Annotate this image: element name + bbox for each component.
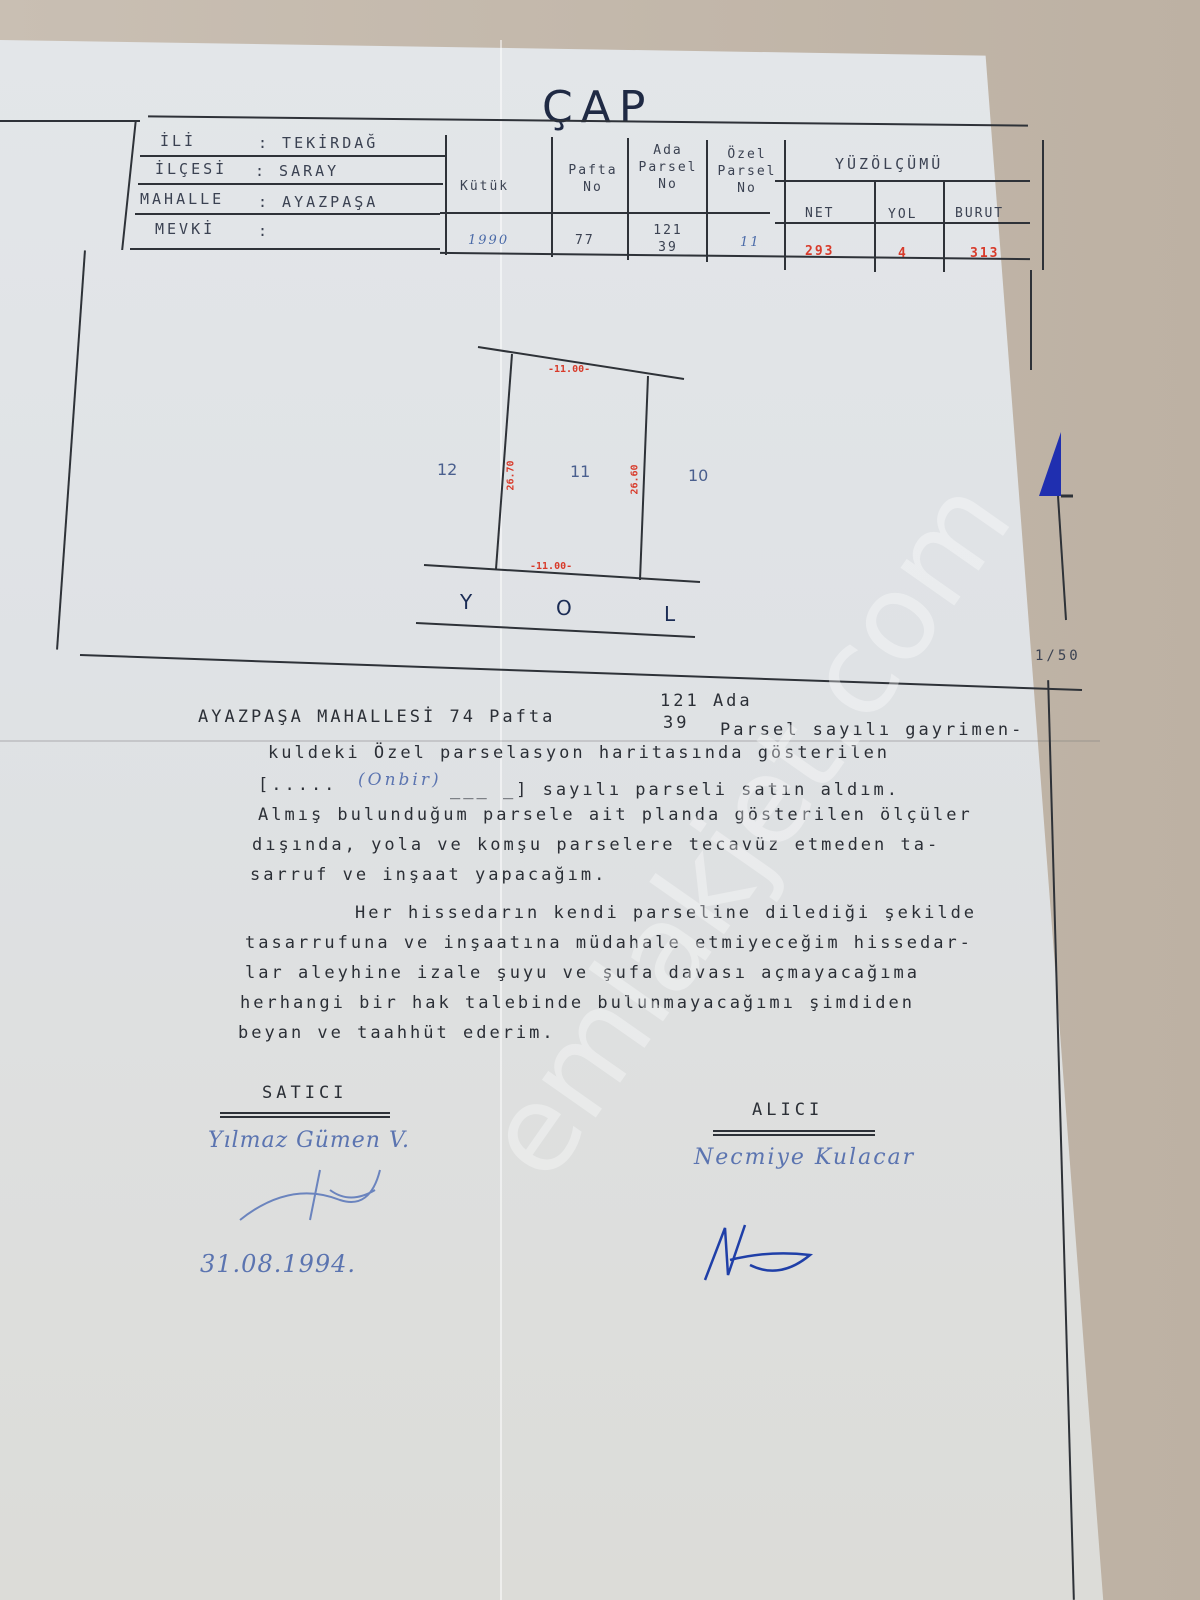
fold-line-horizontal [0, 740, 1100, 742]
buyer-signature-line [713, 1130, 875, 1136]
dimension-right: 26.60 [630, 464, 641, 494]
statement-line-6: sarruf ve inşaat yapacağım. [250, 865, 607, 885]
statement-ada: 121 Ada [660, 691, 753, 711]
seller-label: SATICI [262, 1083, 347, 1103]
statement-handwritten-parcel: (Onbir) [358, 770, 442, 790]
seller-name: Yılmaz Gümen V. [208, 1128, 410, 1153]
seller-date: 31.08.1994. [200, 1250, 356, 1278]
statement-line-3-suffix: ___ _] sayılı parseli satın aldım. [450, 780, 900, 800]
statement-line-8: tasarrufuna ve inşaatına müdahale etmiye… [245, 933, 973, 953]
dimension-left: 26.70 [506, 460, 517, 490]
parcel-11-label: 11 [570, 462, 590, 481]
statement-line-9: lar aleyhine izale şuyu ve şufa davası a… [245, 963, 920, 983]
buyer-label: ALICI [752, 1100, 823, 1120]
road-letter-o: O [556, 596, 572, 620]
statement-line-1a: AYAZPAŞA MAHALLESİ 74 Pafta [198, 707, 555, 727]
statement-line-5: dışında, yola ve komşu parselere tecavüz… [252, 835, 940, 855]
statement-line-10: herhangi bir hak talebinde bulunmayacağı… [240, 993, 915, 1013]
seller-signature-scribble [230, 1160, 410, 1230]
parcel-10-label: 10 [688, 466, 708, 485]
statement-line-3-prefix: [..... [258, 775, 337, 795]
road-letter-y: Y [460, 590, 472, 614]
statement-line-7: Her hissedarın kendi parseline dilediği … [355, 903, 977, 923]
statement-line-11: beyan ve taahhüt ederim. [238, 1023, 556, 1043]
buyer-signature-scribble [690, 1220, 830, 1290]
seller-signature-line [220, 1112, 390, 1118]
statement-parsel-number: 39 [663, 713, 689, 733]
dimension-top: -11.00- [548, 364, 590, 375]
parcel-12-label: 12 [437, 460, 457, 479]
scale-label: 1/50 [1035, 648, 1081, 664]
plan-lines [0, 0, 1200, 700]
dimension-bottom: -11.00- [530, 561, 572, 572]
buyer-name: Necmiye Kulacar [694, 1145, 915, 1170]
statement-line-4: Almış bulunduğum parsele ait planda göst… [258, 805, 973, 825]
road-letter-l: L [664, 602, 675, 626]
statement-line-1b: Parsel sayılı gayrimen- [720, 720, 1024, 740]
statement-line-2: kuldeki Özel parselasyon haritasında gös… [268, 743, 890, 763]
north-arrow-icon [1035, 430, 1075, 500]
